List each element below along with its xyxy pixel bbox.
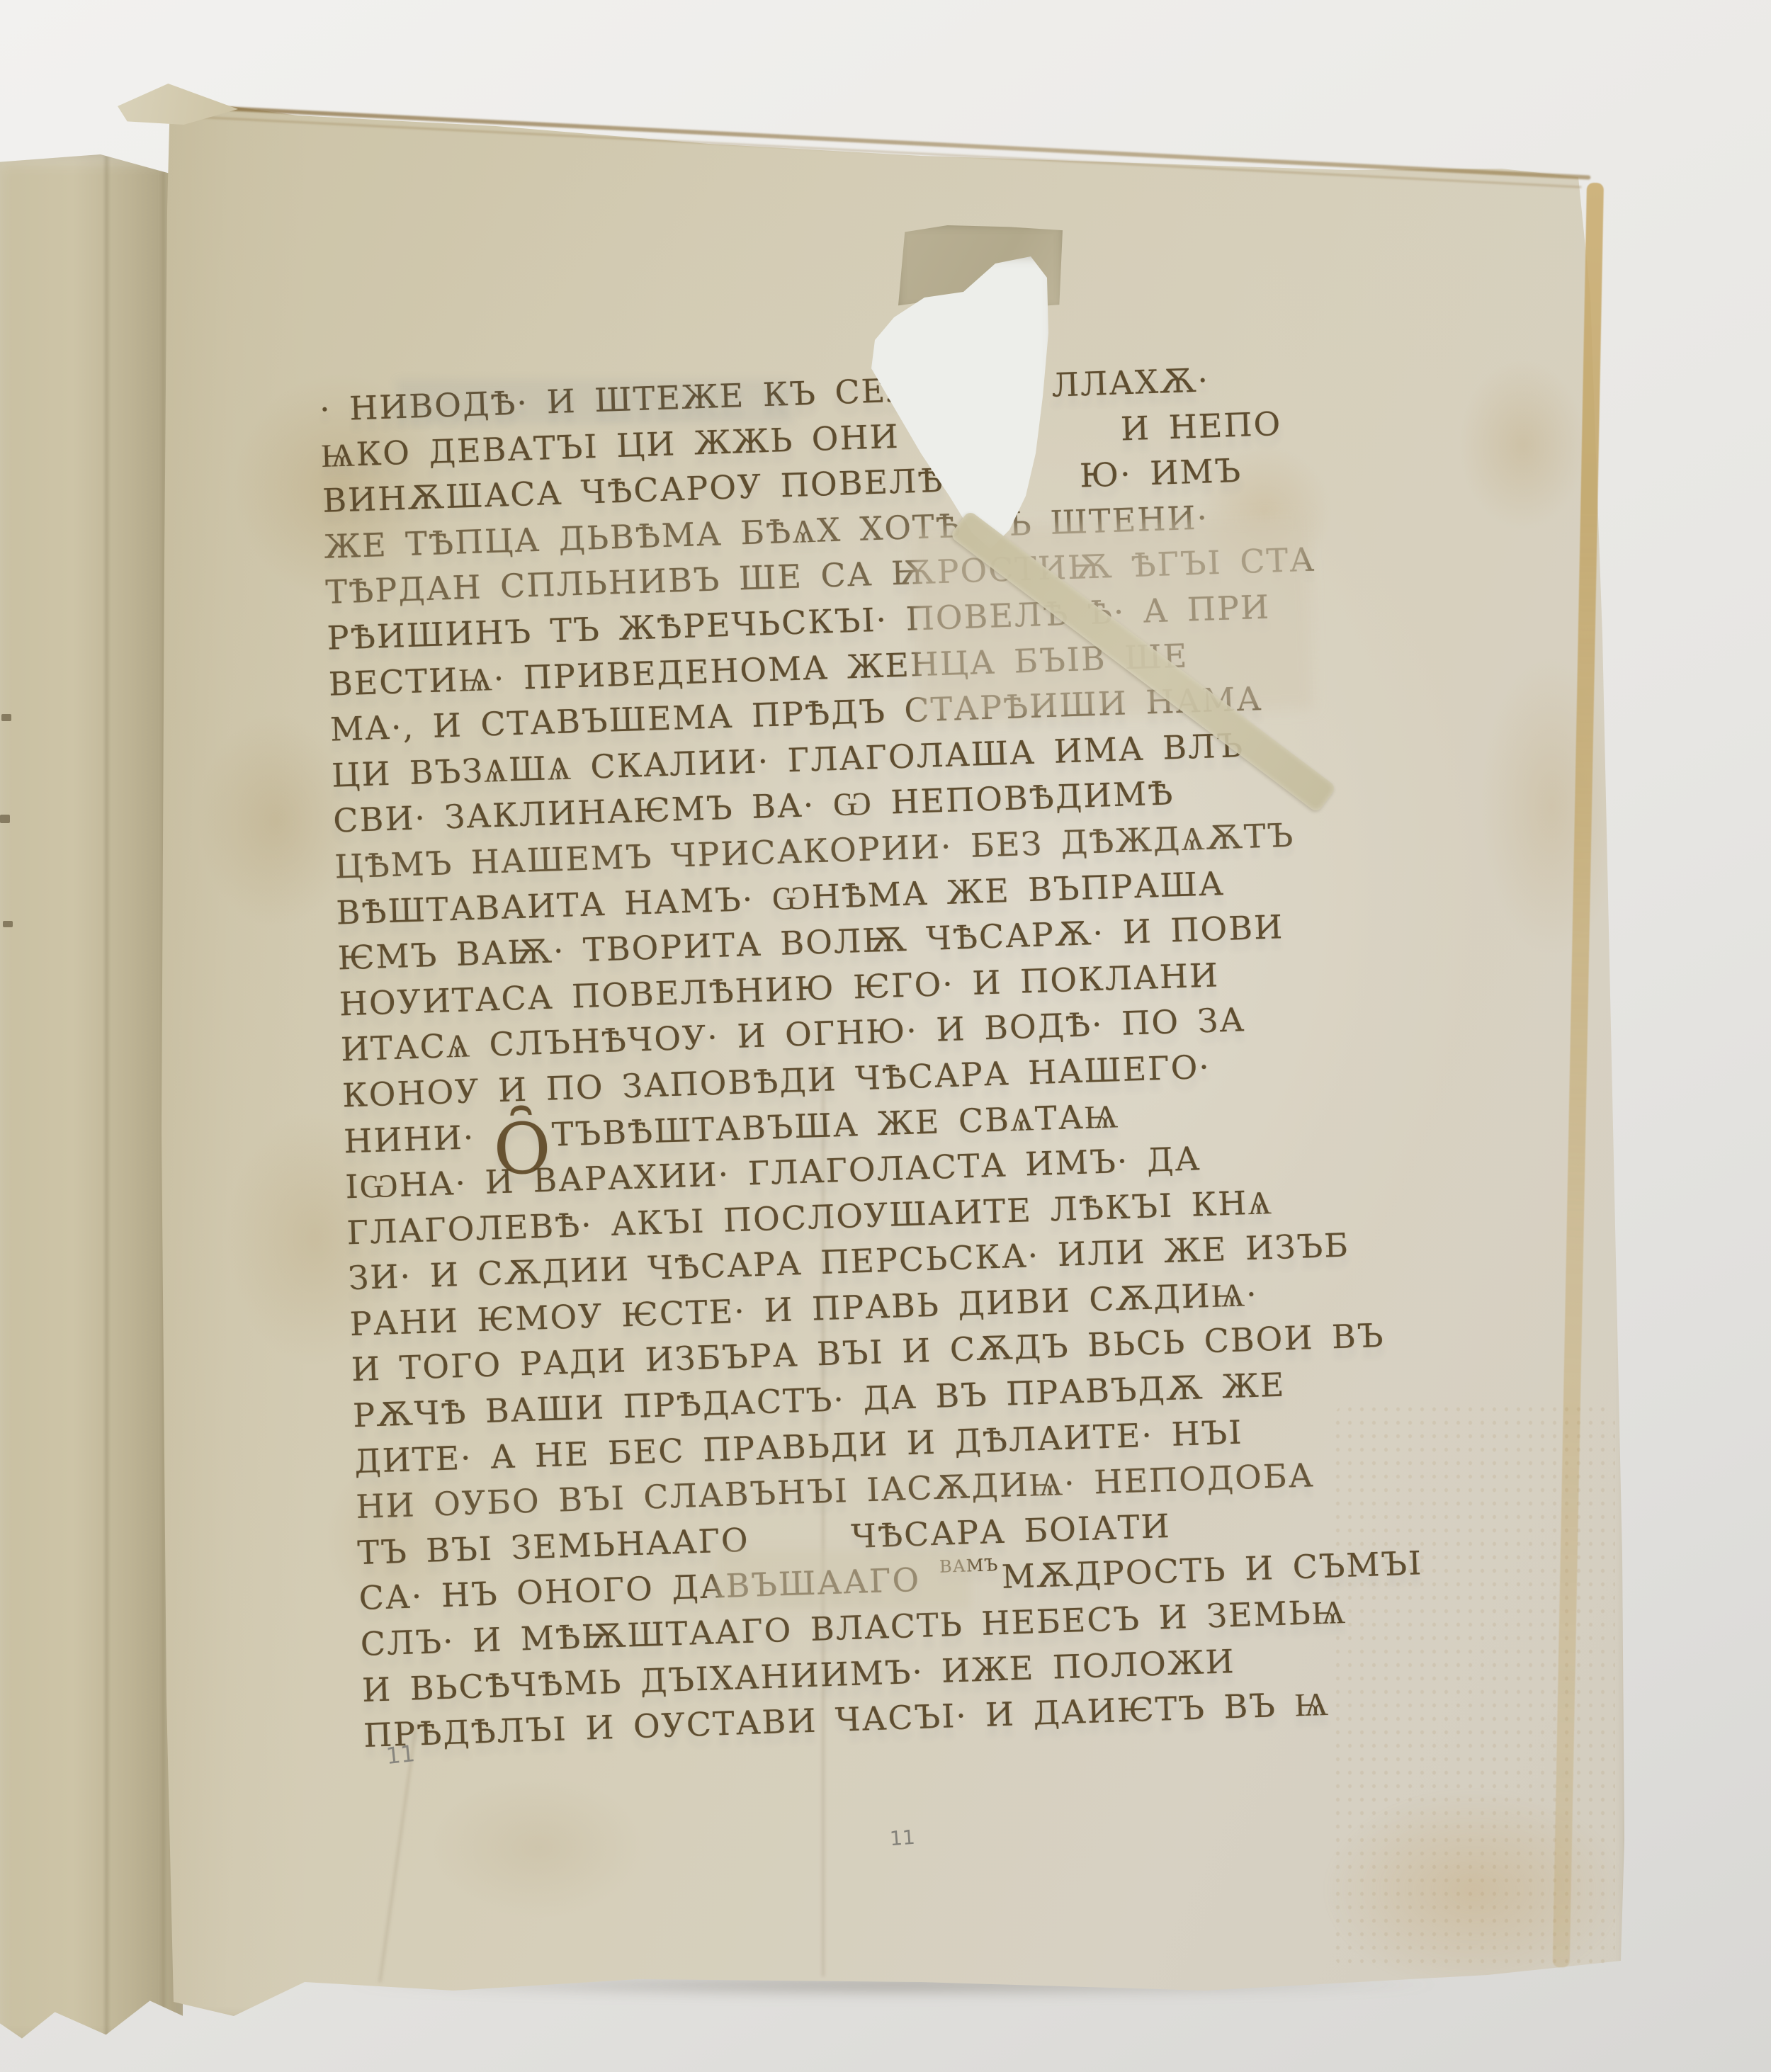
pencil-folio-mark: 11 (385, 1740, 416, 1770)
stain (1481, 657, 1622, 955)
stain (432, 1777, 645, 1918)
stain (1459, 360, 1587, 530)
text-block: · НИВОДѢ· И ШТЕЖЕ КЪ СЕЛМ ЛЛАХѪ·ѨКО ДЕВА… (319, 349, 1511, 1758)
illuminated-initial: О̑ (494, 1149, 553, 1151)
left-page-edge (0, 154, 183, 2042)
photograph-scene: · НИВОДѢ· И ШТЕЖЕ КЪ СЕЛМ ЛЛАХѪ·ѨКО ДЕВА… (0, 0, 1771, 2072)
fold-line (105, 154, 108, 2042)
left-page-text-remnant (0, 815, 10, 823)
left-page-text-remnant (1, 714, 11, 721)
line-segment: НИНИ· (343, 1117, 493, 1160)
left-page-text-remnant (3, 921, 13, 927)
interlinear-gloss: ВАМЪ (939, 1542, 999, 1590)
pencil-folio-mark-bottom: 11 (889, 1825, 916, 1850)
